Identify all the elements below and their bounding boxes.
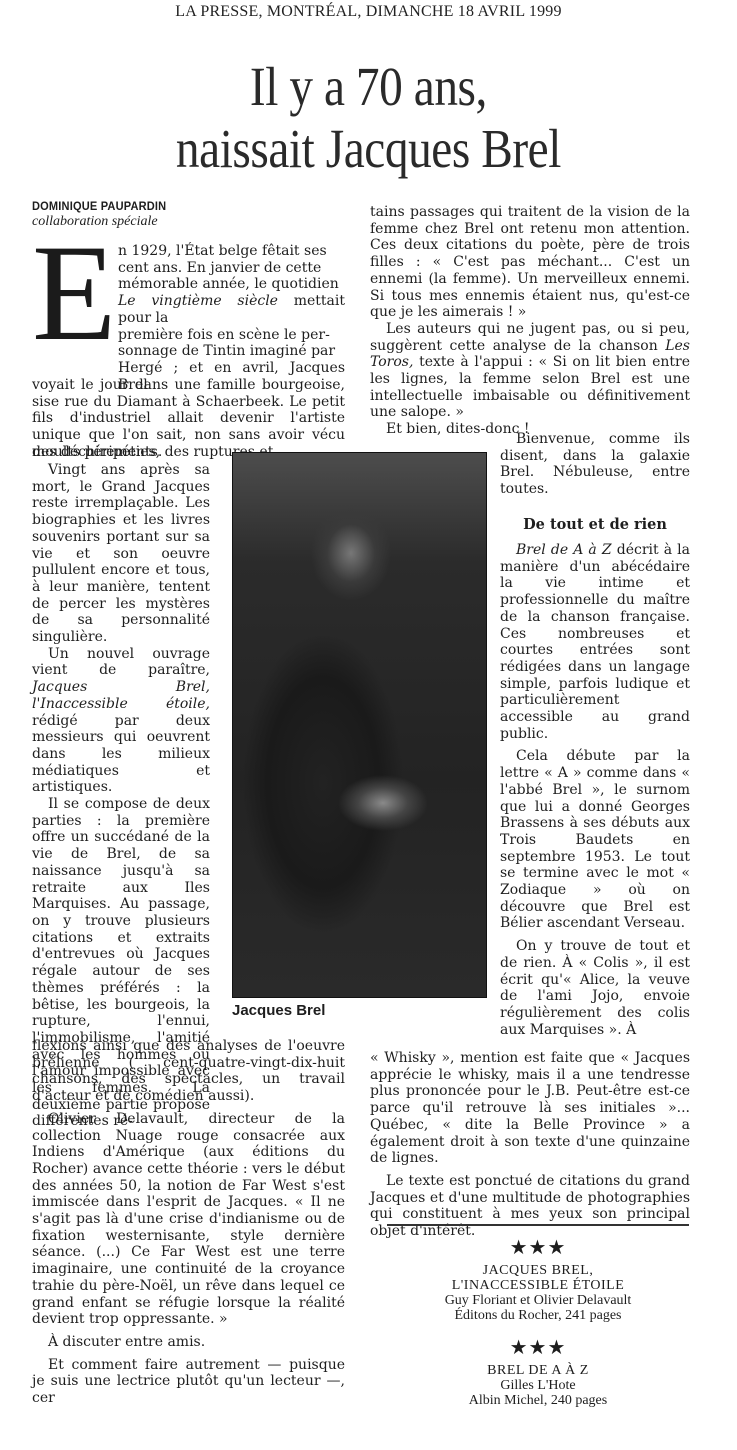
- headline-line-1: Il y a 70 ans,: [52, 56, 686, 118]
- headline-line-2: naissait Jacques Brel: [52, 118, 686, 180]
- divider: [387, 1224, 689, 1226]
- book-title-inline: Brel de A à Z: [516, 542, 612, 558]
- paragraph: Cela débute par la lettre « A » comme da…: [500, 748, 690, 932]
- paragraph: Le texte est ponctué de citations du gra…: [370, 1173, 690, 1240]
- photo-jacques-brel: [232, 452, 487, 998]
- paragraph: tains passages qui traitent de la vision…: [370, 204, 690, 321]
- right-narrow-column-top: Bienvenue, comme ils disent, dans la gal…: [500, 431, 690, 498]
- subheading: De tout et de rien: [500, 516, 690, 533]
- headline: Il y a 70 ans, naissait Jacques Brel: [52, 56, 686, 180]
- paragraph: Brel de A à Z décrit à la manière d'un a…: [500, 542, 690, 742]
- paragraph: Un nouvel ouvrage vient de paraître, Jac…: [32, 646, 210, 796]
- book-title: BREL DE A À Z: [387, 1363, 689, 1378]
- intro-end: des déchirements.: [32, 444, 222, 461]
- right-upper-column: tains passages qui traitent de la vision…: [370, 204, 690, 438]
- book-authors: Guy Floriant et Olivier Delavault: [387, 1293, 689, 1308]
- intro-line: n 1929, l'État belge fêtait ses: [118, 243, 345, 260]
- paragraph: Les auteurs qui ne jugent pas, ou si peu…: [370, 321, 690, 421]
- drop-cap: E: [32, 243, 108, 343]
- book-info-2: ★★★ BREL DE A À Z Gilles L'Hote Albin Mi…: [387, 1337, 689, 1408]
- paragraph: On y trouve de tout et de rien. À « Coli…: [500, 938, 690, 1038]
- intro-line: première fois en scène le per-: [118, 327, 345, 344]
- book-title-inline: Jacques Brel, l'Inaccessible étoile,: [32, 679, 210, 712]
- paragraph: À discuter entre amis.: [32, 1334, 345, 1351]
- paragraph: flexions ainsi que des analyses de l'oeu…: [32, 1038, 345, 1105]
- right-narrow-column: Brel de A à Z décrit à la manière d'un a…: [500, 542, 690, 1038]
- book-title: L'INACCESSIBLE ÉTOILE: [387, 1278, 689, 1293]
- intro-line: cent ans. En janvier de cette: [118, 260, 345, 277]
- photo-caption: Jacques Brel: [232, 1002, 325, 1019]
- book-publisher: Albin Michel, 240 pages: [387, 1393, 689, 1408]
- paragraph: « Whisky », mention est faite que « Jacq…: [370, 1050, 690, 1167]
- book-authors: Gilles L'Hote: [387, 1378, 689, 1393]
- star-rating-icon: ★★★: [387, 1237, 689, 1259]
- intro-line: Le vingtième siècle mettait pour la: [118, 293, 345, 326]
- paragraph: Bienvenue, comme ils disent, dans la gal…: [500, 431, 690, 498]
- paragraph: Vingt ans après sa mort, le Grand Jacque…: [32, 462, 210, 646]
- byline-author: DOMINIQUE PAUPARDIN: [32, 199, 166, 213]
- paragraph: Et comment faire autrement — puisque je …: [32, 1357, 345, 1407]
- left-lower-column: flexions ainsi que des analyses de l'oeu…: [32, 1038, 345, 1407]
- book-info-1: ★★★ JACQUES BREL, L'INACCESSIBLE ÉTOILE …: [387, 1237, 689, 1323]
- intro-line: sonnage de Tintin imaginé par: [118, 343, 345, 360]
- book-title: JACQUES BREL,: [387, 1263, 689, 1278]
- intro-line: mémorable année, le quotidien: [118, 276, 345, 293]
- newspaper-title: Le vingtième siècle: [118, 293, 278, 309]
- dateline: LA PRESSE, MONTRÉAL, DIMANCHE 18 AVRIL 1…: [0, 3, 737, 21]
- paragraph: Olivier Delavault, directeur de la colle…: [32, 1111, 345, 1328]
- book-publisher: Éditons du Rocher, 241 pages: [387, 1308, 689, 1323]
- star-rating-icon: ★★★: [387, 1337, 689, 1359]
- intro-beside-dropcap: n 1929, l'État belge fêtait ses cent ans…: [118, 243, 345, 393]
- right-lower-column: « Whisky », mention est faite que « Jacq…: [370, 1050, 690, 1240]
- left-narrow-column: Vingt ans après sa mort, le Grand Jacque…: [32, 462, 210, 1130]
